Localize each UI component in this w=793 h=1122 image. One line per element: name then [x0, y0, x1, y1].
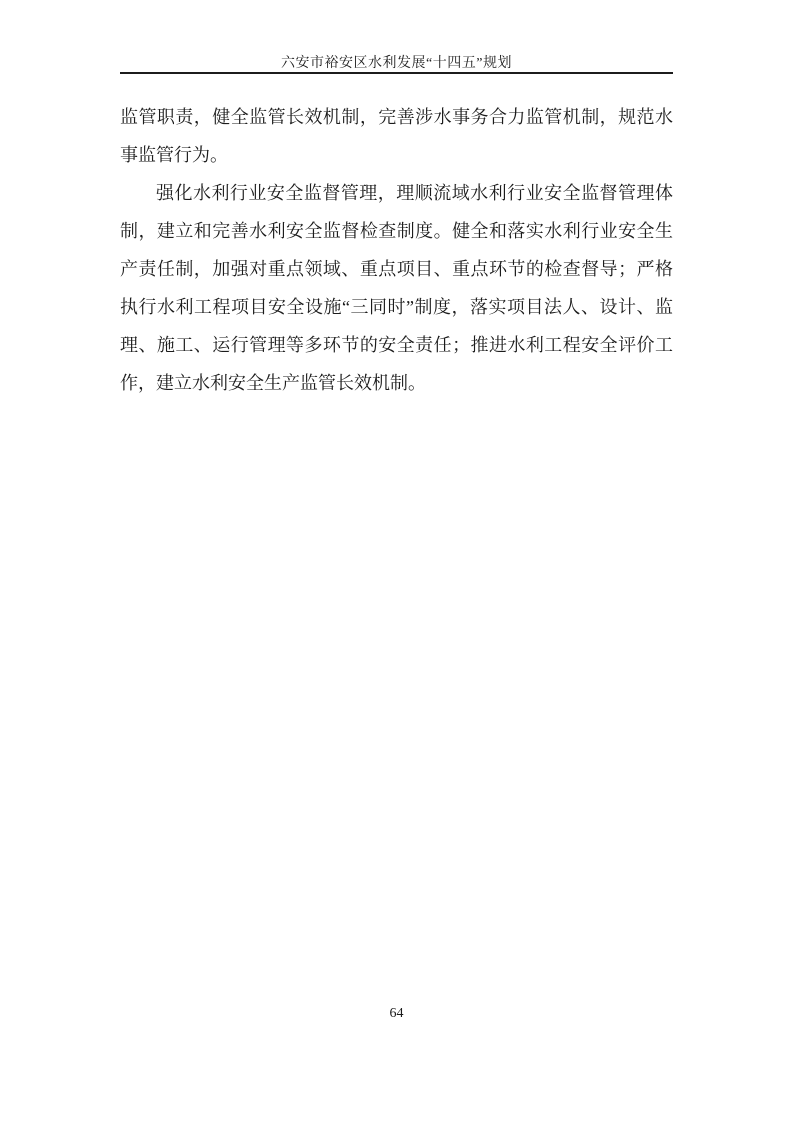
page-header-title: 六安市裕安区水利发展“十四五”规划	[120, 52, 673, 72]
page-number: 64	[0, 1006, 793, 1022]
paragraph-1: 监管职责，健全监管长效机制，完善涉水事务合力监管机制，规范水 事监管行为。	[120, 98, 673, 174]
document-page: 六安市裕安区水利发展“十四五”规划 监管职责，健全监管长效机制，完善涉水事务合力…	[0, 0, 793, 1122]
header-rule	[120, 72, 673, 74]
text-line: 作，建立水利安全生产监管长效机制。	[120, 364, 673, 402]
text-line: 制，建立和完善水利安全监督检查制度。健全和落实水利行业安全生	[120, 212, 673, 250]
text-line: 监管职责，健全监管长效机制，完善涉水事务合力监管机制，规范水	[120, 98, 673, 136]
text-line: 执行水利工程项目安全设施“三同时”制度，落实项目法人、设计、监	[120, 288, 673, 326]
paragraph-2: 强化水利行业安全监督管理，理顺流域水利行业安全监督管理体 制，建立和完善水利安全…	[120, 174, 673, 402]
document-body: 监管职责，健全监管长效机制，完善涉水事务合力监管机制，规范水 事监管行为。 强化…	[120, 98, 673, 402]
text-line: 强化水利行业安全监督管理，理顺流域水利行业安全监督管理体	[120, 174, 673, 212]
text-line: 理、施工、运行管理等多环节的安全责任；推进水利工程安全评价工	[120, 326, 673, 364]
text-line: 产责任制，加强对重点领域、重点项目、重点环节的检查督导；严格	[120, 250, 673, 288]
text-line: 事监管行为。	[120, 136, 673, 174]
